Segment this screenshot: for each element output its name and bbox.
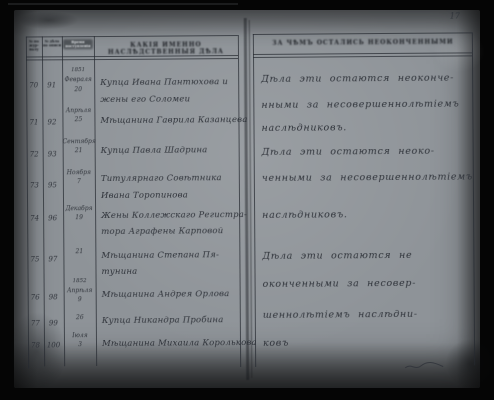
entry-name: Ивана Торопинова — [101, 190, 188, 201]
remark-line: ченными за несовершеннолѣтіемъ — [262, 171, 473, 183]
header-journal-number: № по жур­налу — [26, 39, 42, 52]
photo-of-ledger: 17 № по жур­налу № дѣла по описи Время — [0, 0, 494, 400]
entry-day: 19 — [63, 214, 95, 221]
table-line — [472, 32, 475, 365]
entry-month: Іюля — [64, 332, 96, 339]
entry-name: Мѣщанина Гаврила Казанцева — [100, 115, 247, 126]
entry-name: тора Аграфены Карповой — [101, 226, 223, 237]
remark-line: шеннолѣтіемъ наслѣдни- — [263, 309, 418, 321]
remark-line: Дѣла эти остаются неоко- — [262, 146, 435, 158]
entry-day: 20 — [62, 86, 94, 93]
remark-line: ковъ — [263, 338, 289, 349]
row-journal-no: 77 — [28, 319, 43, 327]
remark-line: наслѣдниковъ. — [261, 122, 347, 134]
entry-month: Сентября — [63, 138, 95, 145]
entry-name: тунина — [101, 267, 137, 277]
row-opis-no: 91 — [41, 81, 62, 89]
entry-month: Декабря — [63, 205, 95, 212]
row-opis-no: 97 — [42, 255, 63, 263]
header-right-title: ЗА ЧѢМЪ ОСТАЛИСЬ НЕОКОНЧЕННЫМИ — [265, 39, 461, 47]
entry-name: Титулярнаго Совѣтника — [101, 173, 222, 184]
entry-year: 1852 — [64, 278, 96, 284]
row-opis-no: 95 — [42, 181, 63, 189]
table-line — [26, 58, 238, 60]
row-journal-no: 73 — [27, 181, 42, 189]
header-date: Время поступленія — [62, 40, 94, 49]
row-opis-no: 92 — [41, 118, 62, 126]
remark-line: оконченными за несовер- — [263, 278, 417, 290]
entry-day: 7 — [63, 178, 95, 185]
row-journal-no: 70 — [26, 81, 41, 89]
table-line — [238, 35, 241, 367]
entry-name: Жены Коллежскаго Регистра- — [101, 210, 247, 221]
row-opis-no: 93 — [42, 150, 63, 158]
row-opis-no: 99 — [43, 319, 64, 327]
remark-line: нными за несовершеннолѣтіемъ — [261, 99, 459, 111]
row-opis-no: 96 — [42, 214, 63, 222]
entry-month: Ноября — [63, 169, 95, 176]
table-line — [26, 35, 238, 37]
gutter-crease — [249, 20, 252, 378]
row-opis-no: 100 — [43, 341, 64, 349]
header-left-title: КАКІЯ ИМЕННО НАСЛѢДСТВЕННЫЯ ДѢЛА — [96, 41, 236, 56]
entry-year: 1851 — [62, 67, 94, 73]
entry-name: жены его Соломеи — [100, 94, 190, 105]
row-journal-no: 75 — [27, 255, 42, 263]
entry-day: 9 — [64, 296, 96, 303]
entry-month: Апрѣля — [64, 287, 96, 294]
entry-day: 21 — [63, 147, 95, 154]
row-journal-no: 74 — [27, 214, 42, 222]
entry-day: 3 — [64, 341, 96, 348]
stain-bottom-right — [445, 338, 494, 388]
stain-top-left — [19, 11, 79, 29]
entry-day: 21 — [63, 248, 95, 255]
entry-month: Апрѣля — [62, 107, 94, 114]
row-journal-no: 71 — [26, 118, 41, 126]
table-line — [253, 52, 472, 55]
entry-day: 25 — [62, 116, 94, 123]
table-line — [253, 32, 472, 35]
entry-day: 26 — [64, 314, 96, 321]
ledger-content: 17 № по жур­налу № дѣла по описи Время — [13, 8, 482, 389]
table-line — [253, 34, 256, 367]
row-journal-no: 78 — [28, 341, 43, 349]
entry-month: Февраля — [62, 76, 94, 83]
remark-line: наслѣдниковъ. — [262, 209, 348, 221]
entry-name: Мѣщанина Андрея Орлова — [102, 289, 230, 300]
remark-line: Дѣла эти остаются не — [262, 250, 412, 262]
header-opis-number: № дѣла по описи — [42, 39, 62, 48]
entry-name: Купца Павла Шадрина — [101, 145, 208, 156]
entry-name: Мѣщанина Степана Пя- — [101, 250, 219, 261]
row-journal-no: 72 — [27, 150, 42, 158]
row-opis-no: 98 — [43, 293, 64, 301]
ledger-spread-paper: 17 № по жур­налу № дѣла по описи Время — [14, 10, 480, 388]
page-number: 17 — [450, 12, 460, 21]
entry-name: Купца Ивана Пантюхова и — [100, 77, 228, 88]
entry-name: Купца Никандра Пробина — [102, 315, 224, 326]
entry-name: Мѣщанина Михаила Королькова — [102, 338, 257, 349]
photo-edge-glint — [8, 3, 238, 5]
table-line — [253, 55, 472, 58]
remark-line: Дѣла эти остаются неоконче- — [261, 73, 454, 85]
signature-flourish — [403, 359, 445, 373]
row-journal-no: 76 — [28, 293, 43, 301]
